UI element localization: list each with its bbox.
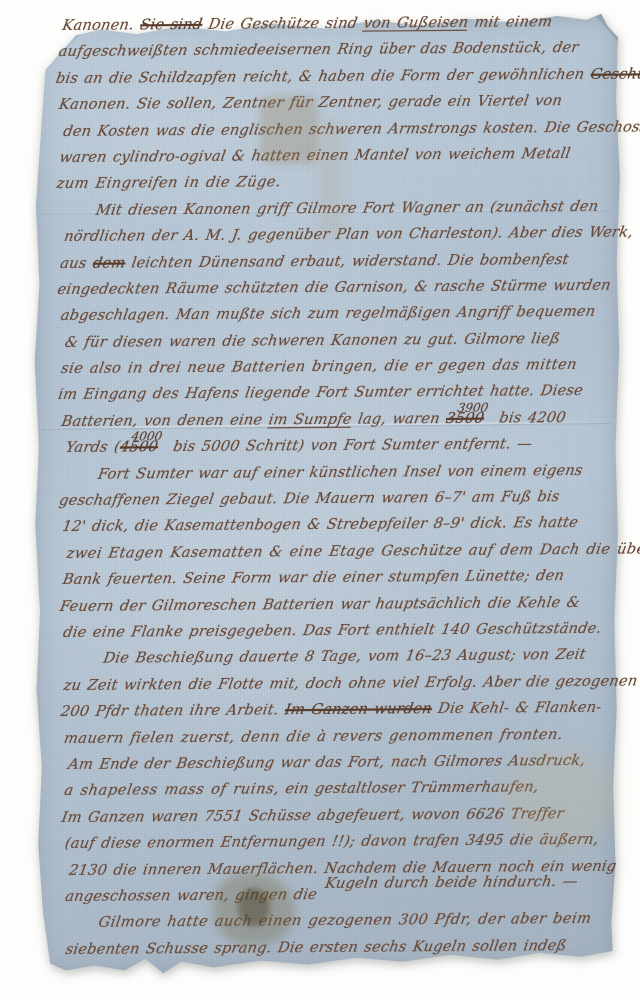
handwriting-text: Im Ganzen waren 7551 Schüsse abgefeuert,…	[60, 805, 565, 826]
struck-out-text: Sie sind	[139, 16, 204, 34]
handwriting-text: mauern fielen zuerst, denn die à revers …	[63, 726, 565, 747]
manuscript-line: nördlichen der A. M. J. gegenüber Plan v…	[62, 220, 622, 251]
handwriting-text: Fort Sumter war auf einer künstlichen In…	[97, 462, 584, 483]
handwriting-text: Am Ende der Beschießung war das Fort, na…	[67, 752, 587, 773]
handwriting-text: nördlichen der A. M. J. gegenüber Plan v…	[63, 224, 635, 245]
manuscript-line: Gilmore hatte auch einen gezogenen 300 P…	[60, 906, 627, 937]
handwriting-text: Batterien, von denen eine	[60, 411, 270, 430]
handwriting-text: a shapeless mass of ruins	[63, 781, 276, 800]
handwriting-text: leichten Dünensand erbaut, widerstand. D…	[124, 250, 570, 271]
handwriting-text: Bank feuerten. Seine Form war die einer …	[61, 567, 565, 588]
handwriting-text: Mit diesen Kanonen griff Gilmore Fort Wa…	[95, 197, 600, 218]
handwriting-text: zu Zeit wirkten die Flotte mit, doch ohn…	[62, 672, 639, 694]
manuscript-text: Kanonen. Sie sind Die Geschütze sind von…	[56, 9, 623, 963]
handwriting-text: Die Geschütze sind	[201, 15, 365, 33]
handwriting-text: Die Beschießung dauerte 8 Tage, vom 16–2…	[102, 646, 587, 667]
handwriting-text: (auf diese enormen Entfernungen !!); dav…	[64, 831, 601, 852]
handwriting-text: & für diesen waren die schweren Kanonen …	[64, 330, 562, 351]
handwriting-text: aus	[59, 254, 94, 271]
struck-out-text: dem	[92, 254, 127, 271]
handwriting-text: im Eingang des Hafens liegende Fort Sumt…	[57, 382, 584, 403]
handwriting-text: Gilmore hatte auch einen gezogenen 300 P…	[97, 910, 593, 931]
handwriting-text: bis an die Schildzapfen reicht, & haben …	[55, 66, 593, 87]
manuscript-line: aufgeschweißten schmiedeeisernen Ring üb…	[56, 35, 620, 66]
underlined-text: von Gußeisen	[362, 14, 469, 32]
scan-background: Kanonen. Sie sind Die Geschütze sind von…	[0, 0, 640, 1000]
handwriting-text: Kugeln durch beide hindurch. —	[324, 873, 579, 892]
handwriting-text: zum Eingreifen in die Züge.	[55, 174, 282, 193]
handwriting-text: 200 Pfdr thaten ihre Arbeit.	[60, 701, 287, 720]
handwriting-text: sie also in drei neue Batterien bringen,…	[60, 356, 579, 377]
manuscript-line: 200 Pfdr thaten ihre Arbeit. Im Ganzen w…	[59, 695, 626, 726]
handwriting-text: abgeschlagen. Man mußte sich zum regelmä…	[59, 303, 596, 324]
manuscript-line: (auf diese enormen Entfernungen !!); dav…	[63, 827, 627, 858]
handwriting-text: die eine Flanke preisgegeben. Das Fort e…	[62, 620, 603, 641]
handwriting-text: angeschossen waren, gingen die	[64, 886, 325, 905]
interlinear-correction: 3900	[456, 400, 489, 414]
handwriting-text: den Kosten was die englischen schweren A…	[62, 118, 640, 140]
handwriting-text: 12' dick, die Kasemattenbogen & Strebepf…	[61, 514, 579, 535]
handwriting-text: Kanonen.	[61, 16, 142, 34]
handwriting-text: mit einem	[467, 13, 554, 31]
handwriting-text: siebenten Schusse sprang. Die ersten sec…	[64, 937, 568, 958]
manuscript-line: Die Beschießung dauerte 8 Tage, vom 16–2…	[65, 642, 625, 673]
underlined-text: im Sumpfe	[267, 411, 353, 429]
handwriting-text: geschaffenen Ziegel gebaut. Die Mauern w…	[58, 488, 561, 509]
handwriting-text: Yards (	[64, 439, 121, 456]
handwriting-text: Die Kehl- & Flanken-	[430, 699, 602, 717]
manuscript-line: zum Eingreifen in die Züge.	[54, 167, 621, 198]
interlinear-correction: 4000	[130, 429, 163, 443]
handwriting-text: lag, waren	[350, 410, 447, 428]
handwriting-text: Kanonen. Sie sollen, Zentner für Zentner…	[58, 92, 564, 113]
handwriting-text: eingedeckten Räume schützten die Garniso…	[56, 277, 612, 298]
handwriting-text: bis 4200	[492, 409, 568, 427]
manuscript-line: Bank feuerten. Seine Form war die einer …	[61, 563, 625, 594]
manuscript-line: 12' dick, die Kasemattenbogen & Strebepf…	[60, 510, 624, 541]
struck-out-text: Im Ganzen wurden	[284, 700, 434, 718]
handwriting-text: bis 5000 Schritt) von Fort Sumter entfer…	[166, 436, 534, 456]
handwriting-text: Feuern der Gilmoreschen Batterien war ha…	[59, 593, 582, 614]
handwriting-text: waren cylindro-ogival & hatten einen Man…	[58, 145, 572, 166]
manuscript-line: Kanonen. Sie sollen, Zentner für Zentner…	[57, 88, 621, 119]
manuscript-line: a shapeless mass of ruins, ein gestaltlo…	[62, 774, 626, 805]
handwriting-text: zwei Etagen Kasematten & eine Etage Gesc…	[65, 540, 640, 562]
manuscript-line: siebenten Schusse sprang. Die ersten sec…	[63, 932, 627, 963]
struck-out-text: Geschütze	[589, 65, 640, 83]
manuscript-line: Yards (45004000 bis 5000 Schritt) von Fo…	[64, 431, 624, 462]
handwriting-text: , ein gestaltloser Trümmerhaufen,	[273, 779, 540, 798]
manuscript-line: abgeschlagen. Man mußte sich zum regelmä…	[58, 299, 622, 330]
handwriting-text: aufgeschweißten schmiedeeisernen Ring üb…	[57, 39, 580, 60]
